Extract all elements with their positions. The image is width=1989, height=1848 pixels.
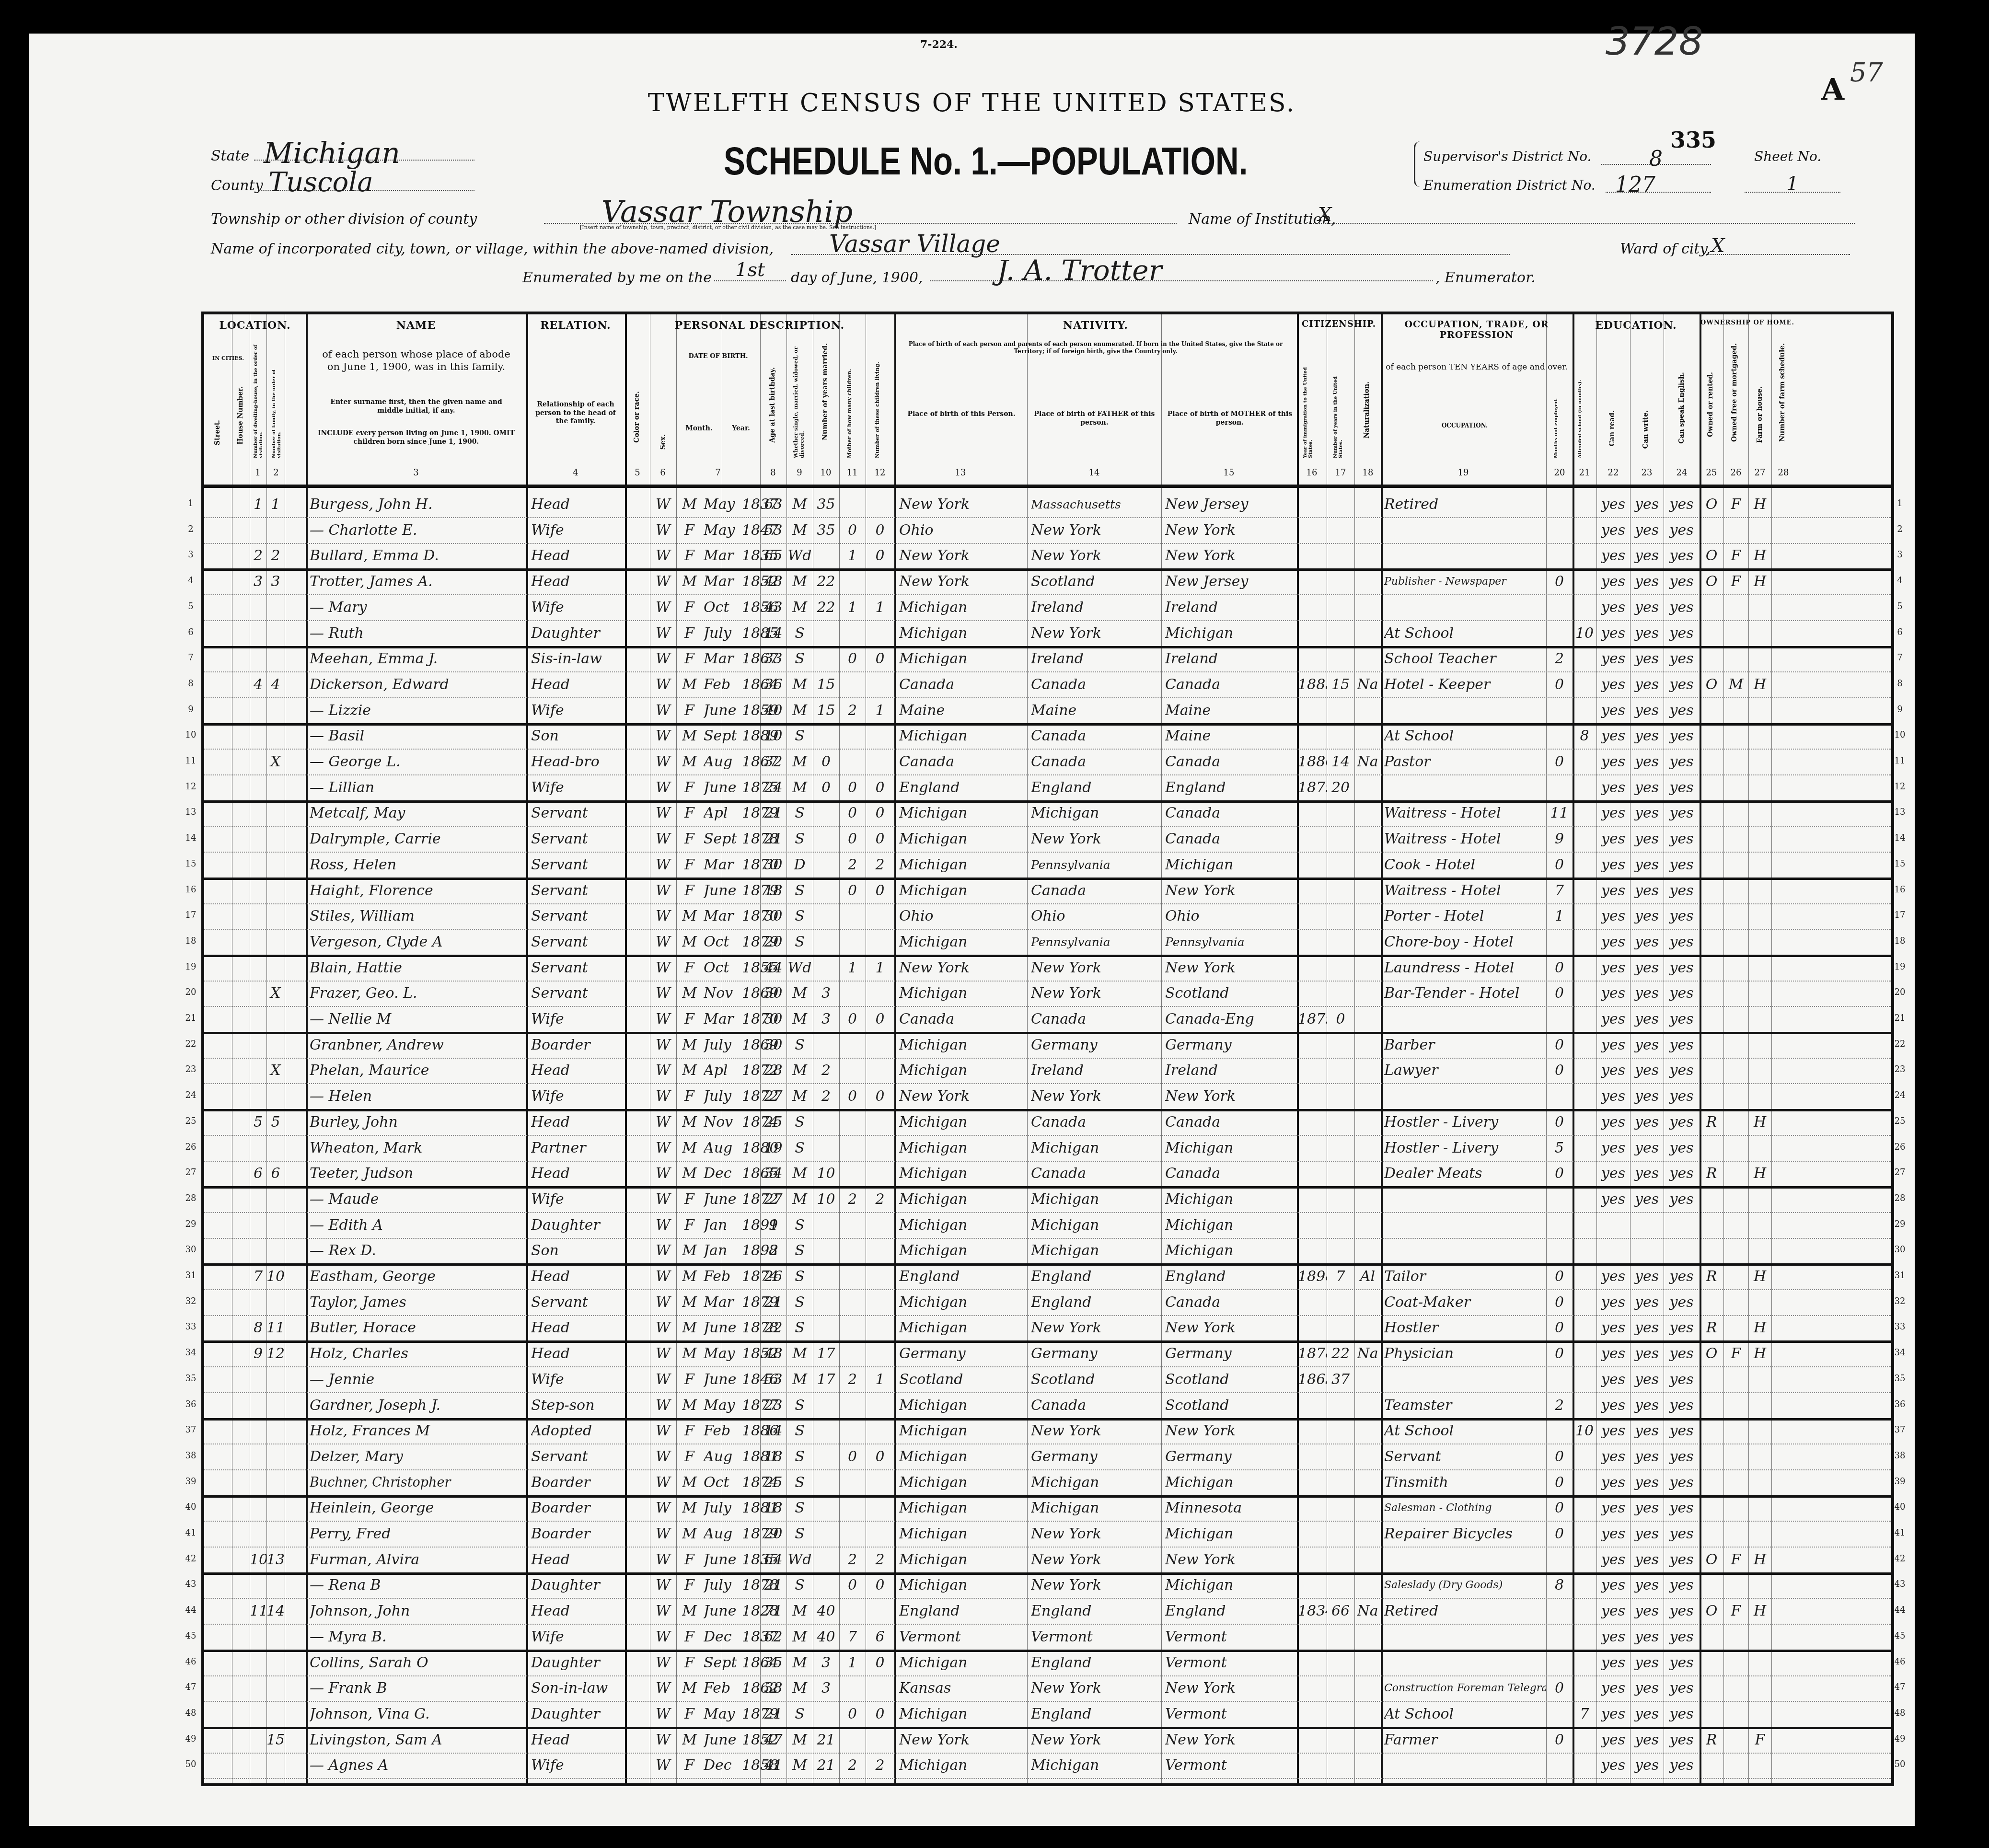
farm-house <box>1748 1755 1771 1777</box>
birthplace-father: Germany <box>1031 1343 1160 1365</box>
colnum-26: 26 <box>1726 468 1746 478</box>
table-row: 5050— Agnes AWifeWFDec185841M2122Michiga… <box>204 1753 1891 1779</box>
sex: F <box>676 597 703 619</box>
birth-month: Nov <box>704 1111 747 1133</box>
immigration-year <box>1298 1086 1327 1108</box>
color-race: W <box>650 571 676 593</box>
line-number-left: 4 <box>181 576 200 586</box>
enumerator-label: , Enumerator. <box>1435 269 1536 286</box>
table-row: 2929— Edith ADaughterWFJan18919SMichigan… <box>204 1213 1891 1239</box>
dwelling-number <box>250 1729 266 1751</box>
birthplace-father: Germany <box>1031 1446 1160 1468</box>
immigration-year <box>1298 1240 1327 1262</box>
years-in-us <box>1327 1292 1354 1314</box>
family-number <box>266 1755 285 1777</box>
birthplace-person: Kansas <box>899 1677 1026 1699</box>
dwelling-number <box>250 751 266 773</box>
can-read <box>1596 1214 1630 1236</box>
naturalization <box>1354 1060 1381 1082</box>
sex: M <box>676 1523 703 1545</box>
years-married <box>813 1317 839 1339</box>
immigration-year <box>1298 957 1327 979</box>
dwelling-number <box>250 1497 266 1519</box>
relation-desc: Relationship of each person to the head … <box>532 401 619 426</box>
months-unemployed: 0 <box>1546 571 1573 593</box>
months-unemployed <box>1546 1652 1573 1674</box>
can-read: yes <box>1596 1549 1630 1571</box>
age: 19 <box>760 1137 786 1159</box>
family-number <box>266 1652 285 1674</box>
months-unemployed <box>1546 1420 1573 1442</box>
months-unemployed: 0 <box>1546 1111 1573 1133</box>
hdr-attended-school: Attended school (in months). <box>1577 343 1583 458</box>
birthplace-mother: New York <box>1165 1729 1297 1751</box>
birth-month: July <box>704 1574 747 1596</box>
immigration-year <box>1298 1317 1327 1339</box>
birth-month: May <box>704 1703 747 1725</box>
free-mortgaged: F <box>1723 545 1748 567</box>
free-mortgaged <box>1723 1240 1748 1262</box>
relation: Servant <box>531 1292 624 1314</box>
person-name: Ross, Helen <box>310 854 525 876</box>
birthplace-mother: Germany <box>1165 1343 1297 1365</box>
marital-status: S <box>786 1214 813 1236</box>
can-speak-english: yes <box>1664 828 1700 850</box>
occupation: Retired <box>1384 494 1546 516</box>
birth-month: Feb <box>704 1420 747 1442</box>
marital-status: M <box>786 777 813 799</box>
line-number-left: 24 <box>181 1090 200 1100</box>
months-unemployed <box>1546 623 1573 645</box>
relation: Wife <box>531 1189 624 1211</box>
can-read: yes <box>1596 1755 1630 1777</box>
birthplace-father: Vermont <box>1031 1626 1160 1648</box>
can-write: yes <box>1630 982 1664 1005</box>
marital-status: S <box>786 1317 813 1339</box>
sex: M <box>676 905 703 927</box>
children-living: 1 <box>866 1369 894 1391</box>
naturalization <box>1354 1395 1381 1417</box>
occupation: Coat-Maker <box>1384 1292 1546 1314</box>
birthplace-father: New York <box>1031 1729 1160 1751</box>
person-name: — Edith A <box>310 1214 525 1236</box>
can-read: yes <box>1596 648 1630 670</box>
birth-month: June <box>704 1600 747 1622</box>
owned-rented <box>1700 1523 1723 1545</box>
attended-school <box>1573 777 1596 799</box>
line-number-right: 50 <box>1890 1759 1909 1769</box>
birthplace-father: Canada <box>1031 674 1160 696</box>
naturalization <box>1354 494 1381 516</box>
color-race: W <box>650 1240 676 1262</box>
attended-school <box>1573 1497 1596 1519</box>
can-write: yes <box>1630 1549 1664 1571</box>
group-ownership: OWNERSHIP OF HOME. <box>1700 319 1795 326</box>
person-name: Metcalf, May <box>310 802 525 824</box>
occupation-sub-label: OCCUPATION. <box>1386 422 1544 429</box>
years-in-us <box>1327 828 1354 850</box>
person-name: — Myra B. <box>310 1626 525 1648</box>
birthplace-father: Michigan <box>1031 802 1160 824</box>
owned-rented <box>1700 1240 1723 1262</box>
family-number: X <box>266 982 285 1005</box>
person-name: — Lillian <box>310 777 525 799</box>
sex: F <box>676 648 703 670</box>
sex: F <box>676 1008 703 1030</box>
line-number-left: 40 <box>181 1502 200 1512</box>
children-living <box>866 623 894 645</box>
children-living <box>866 1111 894 1133</box>
years-in-us <box>1327 1549 1354 1571</box>
line-number-left: 7 <box>181 653 200 663</box>
dwelling-number: 9 <box>250 1343 266 1365</box>
age: 63 <box>760 494 786 516</box>
years-in-us <box>1327 1729 1354 1751</box>
age: 64 <box>760 1549 786 1571</box>
dwelling-number <box>250 1189 266 1211</box>
farm-house <box>1748 520 1771 542</box>
immigration-year <box>1298 1214 1327 1236</box>
enumeration-field: 127 <box>1606 173 1711 193</box>
can-read: yes <box>1596 1111 1630 1133</box>
birthplace-father: Canada <box>1031 1395 1160 1417</box>
occupation: Hostler <box>1384 1317 1546 1339</box>
person-name: Bullard, Emma D. <box>310 545 525 567</box>
occupation: Salesman - Clothing <box>1384 1497 1546 1519</box>
birthplace-mother: Ireland <box>1165 1060 1297 1082</box>
years-in-us: 66 <box>1327 1600 1354 1622</box>
age: 71 <box>760 1600 786 1622</box>
line-number-right: 24 <box>1890 1090 1909 1100</box>
birthplace-mother: Michigan <box>1165 1214 1297 1236</box>
farm-house <box>1748 1703 1771 1725</box>
mother-of-children: 1 <box>839 957 866 979</box>
months-unemployed <box>1546 1600 1573 1622</box>
can-speak-english: yes <box>1664 751 1700 773</box>
person-name: — Basil <box>310 725 525 747</box>
family-number: X <box>266 751 285 773</box>
mother-of-children <box>839 1240 866 1262</box>
marital-status: M <box>786 494 813 516</box>
person-name: Collins, Sarah O <box>310 1652 525 1674</box>
hdr-free-mortgaged: Owned free or mortgaged. <box>1731 343 1738 442</box>
mother-of-children <box>839 1111 866 1133</box>
relation: Head <box>531 1060 624 1082</box>
free-mortgaged <box>1723 1317 1748 1339</box>
occupation: Farmer <box>1384 1729 1546 1751</box>
sex: M <box>676 1034 703 1056</box>
farm-house: H <box>1748 1600 1771 1622</box>
children-living <box>866 751 894 773</box>
line-number-left: 13 <box>181 807 200 817</box>
marital-status: M <box>786 1343 813 1365</box>
marital-status: M <box>786 1755 813 1777</box>
color-race: W <box>650 674 676 696</box>
years-in-us <box>1327 982 1354 1005</box>
mother-of-children: 2 <box>839 1369 866 1391</box>
color-race: W <box>650 1523 676 1545</box>
birthplace-mother: Scotland <box>1165 982 1297 1005</box>
birthplace-mother: Michigan <box>1165 1523 1297 1545</box>
birthplace-father: England <box>1031 1652 1160 1674</box>
months-unemployed: 0 <box>1546 957 1573 979</box>
attended-school: 10 <box>1573 1420 1596 1442</box>
colnum-8: 8 <box>763 468 783 478</box>
person-name: Haight, Florence <box>310 880 525 902</box>
age: 30 <box>760 982 786 1005</box>
can-speak-english: yes <box>1664 957 1700 979</box>
can-read: yes <box>1596 545 1630 567</box>
color-race: W <box>650 1343 676 1365</box>
free-mortgaged <box>1723 1086 1748 1108</box>
children-living <box>866 905 894 927</box>
can-read <box>1596 1240 1630 1262</box>
table-row: 55— MaryWifeWFOct185643M2211MichiganIrel… <box>204 595 1891 621</box>
birthplace-father: Pennsylvania <box>1031 854 1160 876</box>
can-read: yes <box>1596 1395 1630 1417</box>
birthplace-father: New York <box>1031 1549 1160 1571</box>
table-row: 2020XFrazer, Geo. L.ServantWMNov186930M3… <box>204 981 1891 1007</box>
can-speak-english: yes <box>1664 1060 1700 1082</box>
relation: Son <box>531 1240 624 1262</box>
owned-rented: O <box>1700 494 1723 516</box>
sex: F <box>676 957 703 979</box>
can-read: yes <box>1596 1626 1630 1648</box>
relation: Wife <box>531 520 624 542</box>
can-write: yes <box>1630 1600 1664 1622</box>
sex: F <box>676 1446 703 1468</box>
naturalization <box>1354 1420 1381 1442</box>
can-read: yes <box>1596 1703 1630 1725</box>
table-row: 2323XPhelan, MauriceHeadWMApl187228M2Mic… <box>204 1058 1891 1084</box>
birthplace-father: New York <box>1031 1420 1160 1442</box>
age: 22 <box>760 1317 786 1339</box>
relation: Head <box>531 1343 624 1365</box>
children-living: 2 <box>866 854 894 876</box>
immigration-year: 1898 <box>1298 1266 1327 1288</box>
enumeration-value: 127 <box>1606 173 1655 197</box>
family-number <box>266 1472 285 1494</box>
color-race: W <box>650 725 676 747</box>
farm-house: F <box>1748 1729 1771 1751</box>
enumerator-name: J. A. Trotter <box>930 254 1162 287</box>
free-mortgaged <box>1723 648 1748 670</box>
mother-of-children: 7 <box>839 1626 866 1648</box>
birth-month: May <box>704 1395 747 1417</box>
can-write: yes <box>1630 828 1664 850</box>
immigration-year <box>1298 1446 1327 1468</box>
table-row: 1111Burgess, John H.HeadWMMay183763M35Ne… <box>204 492 1891 518</box>
relation: Wife <box>531 1086 624 1108</box>
sex: F <box>676 1549 703 1571</box>
children-living: 0 <box>866 648 894 670</box>
attended-school <box>1573 1008 1596 1030</box>
birthplace-person: Michigan <box>899 1497 1026 1519</box>
line-number-right: 15 <box>1890 859 1909 869</box>
can-speak-english <box>1664 1240 1700 1262</box>
months-unemployed <box>1546 1008 1573 1030</box>
years-married <box>813 905 839 927</box>
mother-of-children: 2 <box>839 1755 866 1777</box>
birthplace-mother: Michigan <box>1165 1574 1297 1596</box>
children-living <box>866 982 894 1005</box>
free-mortgaged <box>1723 1446 1748 1468</box>
dwelling-number <box>250 802 266 824</box>
person-name: Stiles, William <box>310 905 525 927</box>
color-race: W <box>650 905 676 927</box>
occupation: Lawyer <box>1384 1060 1546 1082</box>
line-number-left: 3 <box>181 550 200 560</box>
table-row: 1414Dalrymple, CarrieServantWFSept187821… <box>204 826 1891 853</box>
naturalization <box>1354 1703 1381 1725</box>
family-number <box>266 1086 285 1108</box>
immigration-year <box>1298 802 1327 824</box>
can-write: yes <box>1630 802 1664 824</box>
age: 23 <box>760 1395 786 1417</box>
color-race: W <box>650 751 676 773</box>
hdr-years-us: Number of years in the United States. <box>1333 362 1343 458</box>
mother-of-children <box>839 1292 866 1314</box>
age: 21 <box>760 828 786 850</box>
naturalization <box>1354 1729 1381 1751</box>
schedule-title: SCHEDULE No. 1.—POPULATION. <box>724 139 1248 184</box>
birthplace-person: New York <box>899 957 1026 979</box>
free-mortgaged <box>1723 777 1748 799</box>
owned-rented <box>1700 1060 1723 1082</box>
person-name: Johnson, Vina G. <box>310 1703 525 1725</box>
can-speak-english: yes <box>1664 520 1700 542</box>
dwelling-number <box>250 880 266 902</box>
person-name: Teeter, Judson <box>310 1163 525 1185</box>
can-read: yes <box>1596 854 1630 876</box>
free-mortgaged <box>1723 520 1748 542</box>
occupation <box>1384 1240 1546 1262</box>
occupation: Tinsmith <box>1384 1472 1546 1494</box>
months-unemployed: 0 <box>1546 1677 1573 1699</box>
line-number-left: 19 <box>181 962 200 972</box>
age: 25 <box>760 1111 786 1133</box>
marital-status: S <box>786 1446 813 1468</box>
years-in-us: 15 <box>1327 674 1354 696</box>
can-speak-english: yes <box>1664 571 1700 593</box>
naturalization <box>1354 1652 1381 1674</box>
owned-rented <box>1700 1677 1723 1699</box>
relation: Head-bro <box>531 751 624 773</box>
line-number-right: 40 <box>1890 1502 1909 1512</box>
color-race: W <box>650 1266 676 1288</box>
line-number-right: 46 <box>1890 1657 1909 1667</box>
birth-month: June <box>704 1729 747 1751</box>
marital-status: M <box>786 751 813 773</box>
person-name: Wheaton, Mark <box>310 1137 525 1159</box>
months-unemployed: 0 <box>1546 1317 1573 1339</box>
color-race: W <box>650 777 676 799</box>
mother-of-children <box>839 1600 866 1622</box>
free-mortgaged <box>1723 1574 1748 1596</box>
birth-month: May <box>704 494 747 516</box>
marital-status: S <box>786 880 813 902</box>
colnum-16: 16 <box>1302 468 1321 478</box>
years-in-us <box>1327 623 1354 645</box>
can-read: yes <box>1596 597 1630 619</box>
can-write: yes <box>1630 1111 1664 1133</box>
years-married: 35 <box>813 494 839 516</box>
color-race: W <box>650 1292 676 1314</box>
years-in-us <box>1327 1060 1354 1082</box>
can-read: yes <box>1596 1317 1630 1339</box>
person-name: Furman, Alvira <box>310 1549 525 1571</box>
birthplace-mother: Canada <box>1165 1163 1297 1185</box>
children-living: 2 <box>866 1189 894 1211</box>
attended-school <box>1573 1729 1596 1751</box>
occupation: Hostler - Livery <box>1384 1111 1546 1133</box>
can-speak-english: yes <box>1664 494 1700 516</box>
owned-rented <box>1700 1008 1723 1030</box>
attended-school <box>1573 828 1596 850</box>
birthplace-mother: Minnesota <box>1165 1497 1297 1519</box>
relation: Son <box>531 725 624 747</box>
years-married: 17 <box>813 1369 839 1391</box>
mother-of-children: 0 <box>839 880 866 902</box>
can-write: yes <box>1630 957 1664 979</box>
table-row: 272766Teeter, JudsonHeadWMDec186534M10Mi… <box>204 1161 1891 1189</box>
birthplace-mother: Vermont <box>1165 1755 1297 1777</box>
relation: Wife <box>531 700 624 722</box>
immigration-year <box>1298 1549 1327 1571</box>
person-name: — Maude <box>310 1189 525 1211</box>
color-race: W <box>650 1497 676 1519</box>
sex: M <box>676 1395 703 1417</box>
line-number-left: 17 <box>181 910 200 920</box>
colnum-20: 20 <box>1550 468 1569 478</box>
farm-house <box>1748 1652 1771 1674</box>
years-married: 21 <box>813 1729 839 1751</box>
children-living <box>866 1729 894 1751</box>
marital-status: S <box>786 1472 813 1494</box>
birth-month: Mar <box>704 854 747 876</box>
hdr-years-married: Number of years married. <box>821 343 829 440</box>
line-number-right: 14 <box>1890 833 1909 843</box>
birth-mother-label: Place of birth of MOTHER of this person. <box>1165 410 1295 427</box>
relation: Daughter <box>531 1214 624 1236</box>
occupation: Bar-Tender - Hotel <box>1384 982 1546 1005</box>
free-mortgaged <box>1723 1137 1748 1159</box>
dwelling-number <box>250 777 266 799</box>
farm-house <box>1748 1060 1771 1082</box>
years-married <box>813 1497 839 1519</box>
naturalization: Na <box>1354 751 1381 773</box>
institution-value: X <box>1313 204 1331 226</box>
colnum-3: 3 <box>406 468 426 478</box>
nativity-desc: Place of birth of each person and parent… <box>899 341 1292 355</box>
years-in-us: 20 <box>1327 777 1354 799</box>
marital-status: S <box>786 1703 813 1725</box>
can-speak-english: yes <box>1664 648 1700 670</box>
can-write: yes <box>1630 1317 1664 1339</box>
birthplace-person: Ohio <box>899 905 1026 927</box>
family-number: 4 <box>266 674 285 696</box>
immigration-year <box>1298 494 1327 516</box>
marital-status: S <box>786 1266 813 1288</box>
table-row: 252555Burley, JohnHeadWMNov187425SMichig… <box>204 1109 1891 1136</box>
birthplace-father: Germany <box>1031 1034 1160 1056</box>
age: 30 <box>760 905 786 927</box>
township-label: Township or other division of county <box>211 211 477 228</box>
immigration-year <box>1298 982 1327 1005</box>
years-married <box>813 828 839 850</box>
mother-of-children <box>839 1472 866 1494</box>
years-married: 35 <box>813 520 839 542</box>
